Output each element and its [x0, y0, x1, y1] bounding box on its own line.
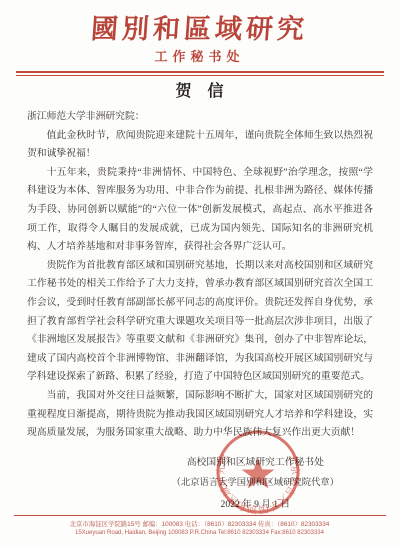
- signature-block: 高校国别和区域研究工作秘书处 （北京语言大学国别和区域研究院代章） 2022 年…: [172, 452, 339, 515]
- letterhead-subtitle: 工作秘书处: [0, 49, 399, 65]
- letter-body: 浙江师范大学非洲研究院： 值此金秋时节，欣闻贵院迎来建院十五周年，谨向贵院全体师…: [0, 108, 399, 443]
- letterhead-divider: [16, 71, 384, 76]
- salutation: 浙江师范大学非洲研究院：: [27, 108, 373, 127]
- signature-on-behalf: （北京语言大学国别和区域研究院代章）: [172, 473, 339, 494]
- letterhead-title: 國別和區域研究: [0, 13, 399, 45]
- signature-date: 2022 年 9 月 1 日: [172, 494, 339, 515]
- paragraph-2: 十五年来，贵院秉持“非洲情怀、中国特色、全球视野”治学理念，按照“学科建设为本体…: [27, 164, 373, 257]
- paragraph-4: 当前，我国对外交往日益频繁，国际影响不断扩大，国家对区域国别研究的重视程度日渐提…: [27, 387, 373, 443]
- letterhead: 國別和區域研究 工作秘书处: [0, 0, 399, 76]
- footer-divider: [14, 515, 386, 516]
- letter-document: 國別和區域研究 工作秘书处 贺 信 浙江师范大学非洲研究院： 值此金秋时节，欣闻…: [0, 0, 399, 548]
- paragraph-1: 值此金秋时节，欣闻贵院迎来建院十五周年，谨向贵院全体师生致以热烈祝贺和诚挚祝福！: [27, 127, 373, 164]
- footer: 北京市海淀区学院路15号 邮编：100083 电话：（8610）82303334…: [0, 515, 399, 538]
- footer-address-cn: 北京市海淀区学院路15号 邮编：100083 电话：（8610）82303334…: [0, 520, 399, 529]
- footer-address-en: 15Xueyuan Road, Haidian, Beijing 100083 …: [0, 529, 399, 538]
- signature-org: 高校国别和区域研究工作秘书处: [172, 452, 339, 473]
- paragraph-3: 贵院作为首批教育部区域和国别研究基地，长期以来对高校国别和区域研究工作秘书处的相…: [27, 257, 373, 387]
- letter-title: 贺 信: [0, 82, 399, 102]
